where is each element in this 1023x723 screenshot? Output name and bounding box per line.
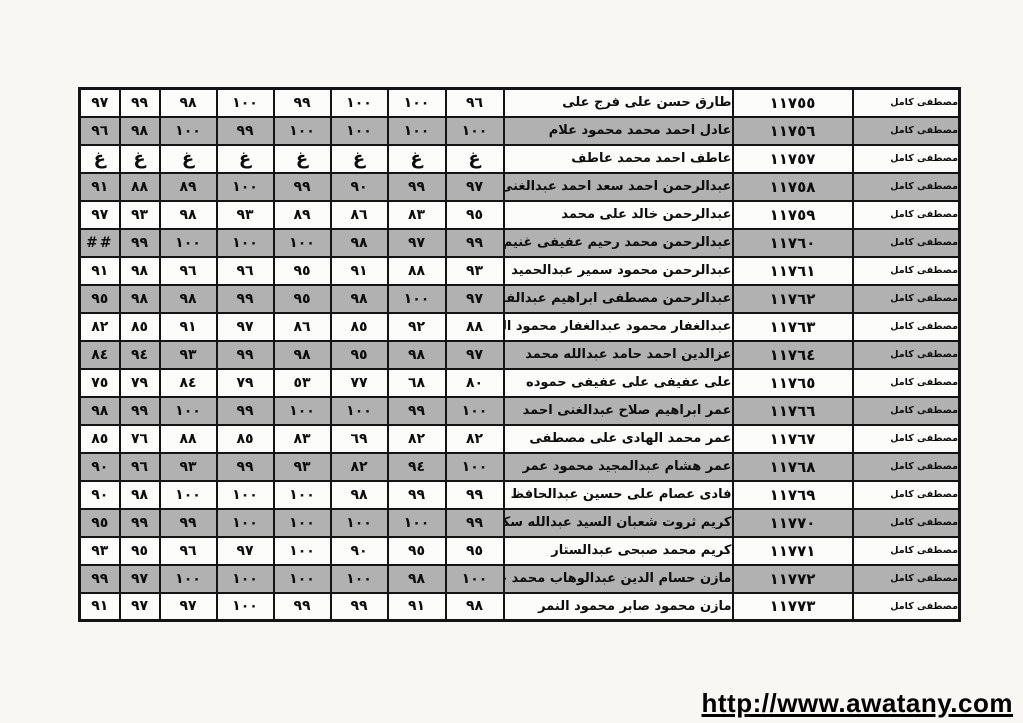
grade-cell: غ <box>217 145 274 173</box>
student-name-cell: عاطف احمد محمد عاطف <box>504 145 733 173</box>
grade-cell: ٧٩ <box>120 369 160 397</box>
grade-cell: ٩٠ <box>80 481 120 509</box>
grade-cell: ٩٠ <box>331 173 388 201</box>
school-name-cell: مصطفى كامل <box>853 285 960 313</box>
grade-cell: ٩٧ <box>446 341 504 369</box>
grade-cell: غ <box>446 145 504 173</box>
table-row: ٩١٨٨٨٩١٠٠٩٩٩٠٩٩٩٧عبدالرحمن احمد سعد احمد… <box>80 173 960 201</box>
grade-cell: ١٠٠ <box>217 89 274 117</box>
grade-cell: ٩٩ <box>446 509 504 537</box>
student-name-cell: عبدالرحمن خالد على محمد <box>504 201 733 229</box>
grade-cell: ١٠٠ <box>446 453 504 481</box>
seat-number-cell: ١١٧٦١ <box>733 257 853 285</box>
grade-cell: ٩٨ <box>274 341 331 369</box>
table-row: ٩٠٩٦٩٣٩٩٩٣٨٢٩٤١٠٠عمر هشام عبدالمجيد محمو… <box>80 453 960 481</box>
grade-cell: ٦٨ <box>388 369 446 397</box>
student-name-cell: عبدالرحمن محمود سمير عبدالحميد <box>504 257 733 285</box>
student-name-cell: فادى عصام على حسين عبدالحافظ <box>504 481 733 509</box>
grade-cell: ٩٩ <box>160 509 217 537</box>
grade-cell: ٨٨ <box>120 173 160 201</box>
grade-cell: ## <box>80 229 120 257</box>
grade-cell: ٩٥ <box>446 201 504 229</box>
seat-number-cell: ١١٧٥٨ <box>733 173 853 201</box>
student-name-cell: عمر ابراهيم صلاح عبدالغنى احمد <box>504 397 733 425</box>
table-row: ٨٢٨٥٩١٩٧٨٦٨٥٩٢٨٨عبدالغفار محمود عبدالغفا… <box>80 313 960 341</box>
grade-cell: ٩٩ <box>331 593 388 621</box>
grade-cell: ١٠٠ <box>274 397 331 425</box>
grade-cell: ٩٩ <box>446 481 504 509</box>
grade-cell: ٩٥ <box>446 537 504 565</box>
grade-cell: ٩٥ <box>274 285 331 313</box>
grade-cell: ٩٩ <box>120 397 160 425</box>
grade-cell: ١٠٠ <box>446 565 504 593</box>
grade-cell: ٩٩ <box>120 509 160 537</box>
grade-cell: ٧٥ <box>80 369 120 397</box>
grade-cell: ١٠٠ <box>160 397 217 425</box>
grade-cell: ١٠٠ <box>331 117 388 145</box>
school-name-cell: مصطفى كامل <box>853 453 960 481</box>
grade-cell: ٨٢ <box>388 425 446 453</box>
grade-cell: ١٠٠ <box>331 397 388 425</box>
website-url: http://www.awatany.com <box>702 688 1013 719</box>
grade-cell: ١٠٠ <box>446 117 504 145</box>
grade-cell: غ <box>331 145 388 173</box>
grade-cell: ١٠٠ <box>388 117 446 145</box>
grade-cell: ٨٤ <box>160 369 217 397</box>
grade-cell: ٩٨ <box>388 565 446 593</box>
grade-cell: ٩٥ <box>120 537 160 565</box>
grade-cell: ٧٧ <box>331 369 388 397</box>
student-name-cell: كريم محمد صبحى عبدالستار <box>504 537 733 565</box>
grade-cell: ١٠٠ <box>160 117 217 145</box>
grade-cell: ٩٧ <box>217 313 274 341</box>
grade-cell: ٨٥ <box>80 425 120 453</box>
grade-cell: ٩٧ <box>120 593 160 621</box>
grade-cell: ٩٧ <box>446 173 504 201</box>
school-name-cell: مصطفى كامل <box>853 565 960 593</box>
grade-cell: ١٠٠ <box>274 229 331 257</box>
grade-cell: ٩٩ <box>388 397 446 425</box>
table-row: ٩٧٩٣٩٨٩٣٨٩٨٦٨٣٩٥عبدالرحمن خالد على محمد١… <box>80 201 960 229</box>
seat-number-cell: ١١٧٥٧ <box>733 145 853 173</box>
school-name-cell: مصطفى كامل <box>853 229 960 257</box>
grade-cell: ٩١ <box>80 257 120 285</box>
grade-cell: ٩٩ <box>446 229 504 257</box>
grade-cell: ٨٠ <box>446 369 504 397</box>
grade-cell: ٩٣ <box>160 453 217 481</box>
grade-cell: ٩٨ <box>120 257 160 285</box>
grade-cell: ٩٥ <box>80 285 120 313</box>
grade-cell: ٨٢ <box>446 425 504 453</box>
results-table: ٩٧٩٩٩٨١٠٠٩٩١٠٠١٠٠٩٦طارق حسن على فرج على١… <box>78 87 961 622</box>
table-row: ٩٧٩٩٩٨١٠٠٩٩١٠٠١٠٠٩٦طارق حسن على فرج على١… <box>80 89 960 117</box>
seat-number-cell: ١١٧٦٣ <box>733 313 853 341</box>
grade-cell: ٩٧ <box>388 229 446 257</box>
school-name-cell: مصطفى كامل <box>853 117 960 145</box>
grade-cell: ٩٨ <box>160 201 217 229</box>
grade-cell: ٩٥ <box>331 341 388 369</box>
seat-number-cell: ١١٧٥٩ <box>733 201 853 229</box>
school-name-cell: مصطفى كامل <box>853 481 960 509</box>
table-row: ٩١٩٨٩٦٩٦٩٥٩١٨٨٩٣عبدالرحمن محمود سمير عبد… <box>80 257 960 285</box>
seat-number-cell: ١١٧٥٦ <box>733 117 853 145</box>
grade-cell: ٩٩ <box>217 117 274 145</box>
grade-cell: ١٠٠ <box>274 537 331 565</box>
table-row: ٩٣٩٥٩٦٩٧١٠٠٩٠٩٥٩٥كريم محمد صبحى عبدالستا… <box>80 537 960 565</box>
grade-cell: ٧٩ <box>217 369 274 397</box>
grade-cell: ٩٣ <box>80 537 120 565</box>
grade-cell: ٩٩ <box>217 397 274 425</box>
student-name-cell: طارق حسن على فرج على <box>504 89 733 117</box>
table-row: غغغغغغغغعاطف احمد محمد عاطف١١٧٥٧مصطفى كا… <box>80 145 960 173</box>
grade-cell: ٩١ <box>388 593 446 621</box>
grade-cell: ٩٨ <box>120 285 160 313</box>
school-name-cell: مصطفى كامل <box>853 509 960 537</box>
grade-cell: ٩٣ <box>160 341 217 369</box>
grade-cell: ٩٧ <box>446 285 504 313</box>
grade-cell: ٩٦ <box>446 89 504 117</box>
grade-cell: ١٠٠ <box>217 481 274 509</box>
grade-cell: ١٠٠ <box>160 565 217 593</box>
grade-cell: ٨٥ <box>217 425 274 453</box>
grade-cell: ٩٩ <box>388 173 446 201</box>
grade-cell: ٩٣ <box>120 201 160 229</box>
grade-cell: ٩٩ <box>274 173 331 201</box>
grade-cell: ١٠٠ <box>160 229 217 257</box>
grade-cell: ٥٣ <box>274 369 331 397</box>
grade-cell: ٦٩ <box>331 425 388 453</box>
grade-cell: ٩٩ <box>274 89 331 117</box>
school-name-cell: مصطفى كامل <box>853 369 960 397</box>
grade-cell: ٨٨ <box>160 425 217 453</box>
seat-number-cell: ١١٧٦٦ <box>733 397 853 425</box>
grade-cell: ٩٤ <box>120 341 160 369</box>
student-name-cell: عادل احمد محمد محمود علام <box>504 117 733 145</box>
grade-cell: ٨٥ <box>331 313 388 341</box>
grade-cell: ٩١ <box>80 173 120 201</box>
grade-cell: ١٠٠ <box>446 397 504 425</box>
school-name-cell: مصطفى كامل <box>853 173 960 201</box>
grade-cell: ٩٨ <box>388 341 446 369</box>
student-name-cell: عبدالرحمن مصطفى ابراهيم عبدالفتاح العدوى <box>504 285 733 313</box>
student-name-cell: عبدالرحمن محمد رحيم عفيفى غنيم <box>504 229 733 257</box>
school-name-cell: مصطفى كامل <box>853 397 960 425</box>
grade-cell: ١٠٠ <box>217 173 274 201</box>
grade-cell: ٩٨ <box>446 593 504 621</box>
student-name-cell: عزالدين احمد حامد عبدالله محمد <box>504 341 733 369</box>
grade-cell: ٩٣ <box>274 453 331 481</box>
grade-cell: ٩٨ <box>120 117 160 145</box>
seat-number-cell: ١١٧٦٠ <box>733 229 853 257</box>
seat-number-cell: ١١٧٦٨ <box>733 453 853 481</box>
grade-cell: ١٠٠ <box>274 117 331 145</box>
grade-cell: ٩١ <box>331 257 388 285</box>
grade-cell: ٩٩ <box>80 565 120 593</box>
grade-cell: ٨٦ <box>274 313 331 341</box>
grade-cell: ٩٧ <box>217 537 274 565</box>
seat-number-cell: ١١٧٧٣ <box>733 593 853 621</box>
table-row: ٩٥٩٨٩٨٩٩٩٥٩٨١٠٠٩٧عبدالرحمن مصطفى ابراهيم… <box>80 285 960 313</box>
student-name-cell: مازن محمود صابر محمود النمر <box>504 593 733 621</box>
grade-cell: ٩٣ <box>217 201 274 229</box>
grade-cell: ٨٣ <box>274 425 331 453</box>
grade-cell: غ <box>80 145 120 173</box>
grade-cell: ١٠٠ <box>331 509 388 537</box>
grade-cell: ٩٧ <box>80 89 120 117</box>
grade-cell: ٩٨ <box>160 285 217 313</box>
grade-cell: ٩٦ <box>80 117 120 145</box>
grade-cell: غ <box>160 145 217 173</box>
grade-cell: ٨٩ <box>274 201 331 229</box>
grade-cell: ١٠٠ <box>217 229 274 257</box>
student-name-cell: عمر محمد الهادى على مصطفى <box>504 425 733 453</box>
grade-cell: ٩٨ <box>80 397 120 425</box>
grade-cell: ٩٤ <box>388 453 446 481</box>
grade-cell: غ <box>388 145 446 173</box>
table-row: ٩٥٩٩٩٩١٠٠١٠٠١٠٠١٠٠٩٩كريم ثروت شعبان السي… <box>80 509 960 537</box>
student-name-cell: عبدالغفار محمود عبدالغفار محمود القاضى <box>504 313 733 341</box>
grade-cell: ٨٣ <box>388 201 446 229</box>
grade-cell: ٩٩ <box>217 453 274 481</box>
grade-cell: ٨٦ <box>331 201 388 229</box>
grade-cell: ٩٠ <box>331 537 388 565</box>
grade-cell: ١٠٠ <box>160 481 217 509</box>
seat-number-cell: ١١٧٧٠ <box>733 509 853 537</box>
grade-cell: ٨٢ <box>331 453 388 481</box>
grade-cell: ١٠٠ <box>274 565 331 593</box>
grade-cell: ٩٩ <box>274 593 331 621</box>
grade-cell: ٩٢ <box>388 313 446 341</box>
grade-cell: ١٠٠ <box>331 89 388 117</box>
grade-cell: ٩٩ <box>120 229 160 257</box>
grade-cell: ٩٩ <box>388 481 446 509</box>
table-row: ٩٠٩٨١٠٠١٠٠١٠٠٩٨٩٩٩٩فادى عصام على حسين عب… <box>80 481 960 509</box>
student-name-cell: عمر هشام عبدالمجيد محمود عمر <box>504 453 733 481</box>
scanned-results-page: ٩٧٩٩٩٨١٠٠٩٩١٠٠١٠٠٩٦طارق حسن على فرج على١… <box>0 0 1023 723</box>
school-name-cell: مصطفى كامل <box>853 313 960 341</box>
grade-cell: ٩٥ <box>388 537 446 565</box>
seat-number-cell: ١١٧٦٥ <box>733 369 853 397</box>
table-row: ٩١٩٧٩٧١٠٠٩٩٩٩٩١٩٨مازن محمود صابر محمود ا… <box>80 593 960 621</box>
seat-number-cell: ١١٧٦٩ <box>733 481 853 509</box>
grade-cell: ٩٨ <box>331 285 388 313</box>
seat-number-cell: ١١٧٦٧ <box>733 425 853 453</box>
grade-cell: ٩٦ <box>120 453 160 481</box>
grade-cell: ٩٩ <box>120 89 160 117</box>
grade-cell: ٩٩ <box>217 341 274 369</box>
grade-cell: ٩٩ <box>217 285 274 313</box>
grade-cell: ٨٤ <box>80 341 120 369</box>
student-name-cell: مازن حسام الدين عبدالوهاب محمد جادو <box>504 565 733 593</box>
grade-cell: ٩٧ <box>160 593 217 621</box>
seat-number-cell: ١١٧٦٤ <box>733 341 853 369</box>
school-name-cell: مصطفى كامل <box>853 201 960 229</box>
school-name-cell: مصطفى كامل <box>853 257 960 285</box>
grade-cell: ٩٨ <box>120 481 160 509</box>
school-name-cell: مصطفى كامل <box>853 145 960 173</box>
student-name-cell: عبدالرحمن احمد سعد احمد عبدالغنى <box>504 173 733 201</box>
results-table-body: ٩٧٩٩٩٨١٠٠٩٩١٠٠١٠٠٩٦طارق حسن على فرج على١… <box>80 89 960 621</box>
table-row: ##٩٩١٠٠١٠٠١٠٠٩٨٩٧٩٩عبدالرحمن محمد رحيم ع… <box>80 229 960 257</box>
grade-cell: ٩٦ <box>160 537 217 565</box>
grade-cell: ٩٦ <box>217 257 274 285</box>
seat-number-cell: ١١٧٧٢ <box>733 565 853 593</box>
grade-cell: ١٠٠ <box>217 593 274 621</box>
school-name-cell: مصطفى كامل <box>853 537 960 565</box>
grade-cell: ٩٠ <box>80 453 120 481</box>
grade-cell: ٩٨ <box>331 229 388 257</box>
table-row: ٩٦٩٨١٠٠٩٩١٠٠١٠٠١٠٠١٠٠عادل احمد محمد محمو… <box>80 117 960 145</box>
student-name-cell: كريم ثروت شعبان السيد عبدالله سكر <box>504 509 733 537</box>
school-name-cell: مصطفى كامل <box>853 341 960 369</box>
table-row: ٨٥٧٦٨٨٨٥٨٣٦٩٨٢٨٢عمر محمد الهادى على مصطف… <box>80 425 960 453</box>
grade-cell: ٨٩ <box>160 173 217 201</box>
grade-cell: ١٠٠ <box>331 565 388 593</box>
grade-cell: غ <box>120 145 160 173</box>
grade-cell: ٩٨ <box>160 89 217 117</box>
grade-cell: ١٠٠ <box>388 89 446 117</box>
grade-cell: ٨٢ <box>80 313 120 341</box>
grade-cell: ١٠٠ <box>388 509 446 537</box>
school-name-cell: مصطفى كامل <box>853 593 960 621</box>
grade-cell: ١٠٠ <box>217 509 274 537</box>
grade-cell: غ <box>274 145 331 173</box>
grade-cell: ١٠٠ <box>217 565 274 593</box>
grade-cell: ٩٧ <box>120 565 160 593</box>
grade-cell: ٩٣ <box>446 257 504 285</box>
grade-cell: ٩١ <box>160 313 217 341</box>
grade-cell: ٨٨ <box>446 313 504 341</box>
student-name-cell: على عفيفى على عفيفى حموده <box>504 369 733 397</box>
grade-cell: ٩٦ <box>160 257 217 285</box>
grade-cell: ٨٥ <box>120 313 160 341</box>
table-row: ٧٥٧٩٨٤٧٩٥٣٧٧٦٨٨٠على عفيفى على عفيفى حمود… <box>80 369 960 397</box>
grade-cell: ١٠٠ <box>388 285 446 313</box>
school-name-cell: مصطفى كامل <box>853 89 960 117</box>
grade-cell: ٩٧ <box>80 201 120 229</box>
grade-cell: ٧٦ <box>120 425 160 453</box>
seat-number-cell: ١١٧٦٢ <box>733 285 853 313</box>
grade-cell: ٩٥ <box>274 257 331 285</box>
grade-cell: ٩١ <box>80 593 120 621</box>
grade-cell: ٩٨ <box>331 481 388 509</box>
seat-number-cell: ١١٧٧١ <box>733 537 853 565</box>
grade-cell: ٩٥ <box>80 509 120 537</box>
table-row: ٩٩٩٧١٠٠١٠٠١٠٠١٠٠٩٨١٠٠مازن حسام الدين عبد… <box>80 565 960 593</box>
seat-number-cell: ١١٧٥٥ <box>733 89 853 117</box>
table-row: ٩٨٩٩١٠٠٩٩١٠٠١٠٠٩٩١٠٠عمر ابراهيم صلاح عبد… <box>80 397 960 425</box>
grade-cell: ٨٨ <box>388 257 446 285</box>
grade-cell: ١٠٠ <box>274 509 331 537</box>
school-name-cell: مصطفى كامل <box>853 425 960 453</box>
grade-cell: ١٠٠ <box>274 481 331 509</box>
table-row: ٨٤٩٤٩٣٩٩٩٨٩٥٩٨٩٧عزالدين احمد حامد عبدالل… <box>80 341 960 369</box>
